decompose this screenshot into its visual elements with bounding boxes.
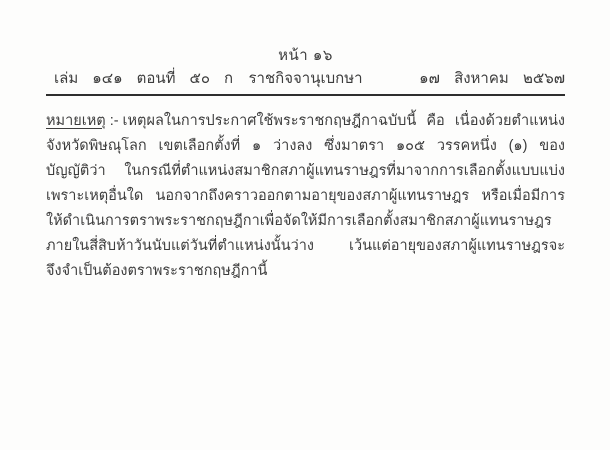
publication-date: ๑๗ สิงหาคม ๒๕๖๗ xyxy=(409,68,565,90)
remark-line-5: ให้ดำเนินการตราพระราชกฤษฎีกาเพื่อจัดให้ม… xyxy=(46,209,565,234)
remark-line-4: เพราะเหตุอื่นใด นอกจากถึงคราวออกตามอายุข… xyxy=(46,184,565,209)
gazette-page: หน้า ๑๖ เล่ม ๑๔๑ ตอนที่ ๕๐ ก ราชกิจจานุเ… xyxy=(0,0,610,450)
header-divider xyxy=(46,94,565,96)
remark-line-1: หมายเหตุ:-เหตุผลในการประกาศใช้พระราชกฤษฎ… xyxy=(46,109,565,134)
note-separator: :- xyxy=(106,113,123,129)
date-day: ๑๗ xyxy=(419,70,440,87)
date-year: ๒๕๖๗ xyxy=(523,70,565,87)
page-number: หน้า ๑๖ xyxy=(46,46,565,66)
remark-line-2: จังหวัดพิษณุโลก เขตเลือกตั้งที่ ๑ ว่างลง… xyxy=(46,134,565,159)
remark-line-3: บัญญัติว่า ในกรณีที่ตำแหน่งสมาชิกสภาผู้แ… xyxy=(46,159,565,184)
remark-paragraph: หมายเหตุ:-เหตุผลในการประกาศใช้พระราชกฤษฎ… xyxy=(46,109,565,284)
date-month: สิงหาคม xyxy=(454,70,509,87)
remark-line-6: ภายในสี่สิบห้าวันนับแต่วันที่ตำแหน่งนั้น… xyxy=(46,234,565,259)
remark-text-1: เหตุผลในการประกาศใช้พระราชกฤษฎีกาฉบับนี้… xyxy=(46,113,565,134)
gazette-header-row: เล่ม ๑๔๑ ตอนที่ ๕๐ ก ราชกิจจานุเบกษา ๑๗ … xyxy=(46,68,565,90)
remark-line-7: จึงจำเป็นต้องตราพระราชกฤษฎีกานี้ xyxy=(46,259,565,284)
note-label: หมายเหตุ xyxy=(46,113,106,129)
